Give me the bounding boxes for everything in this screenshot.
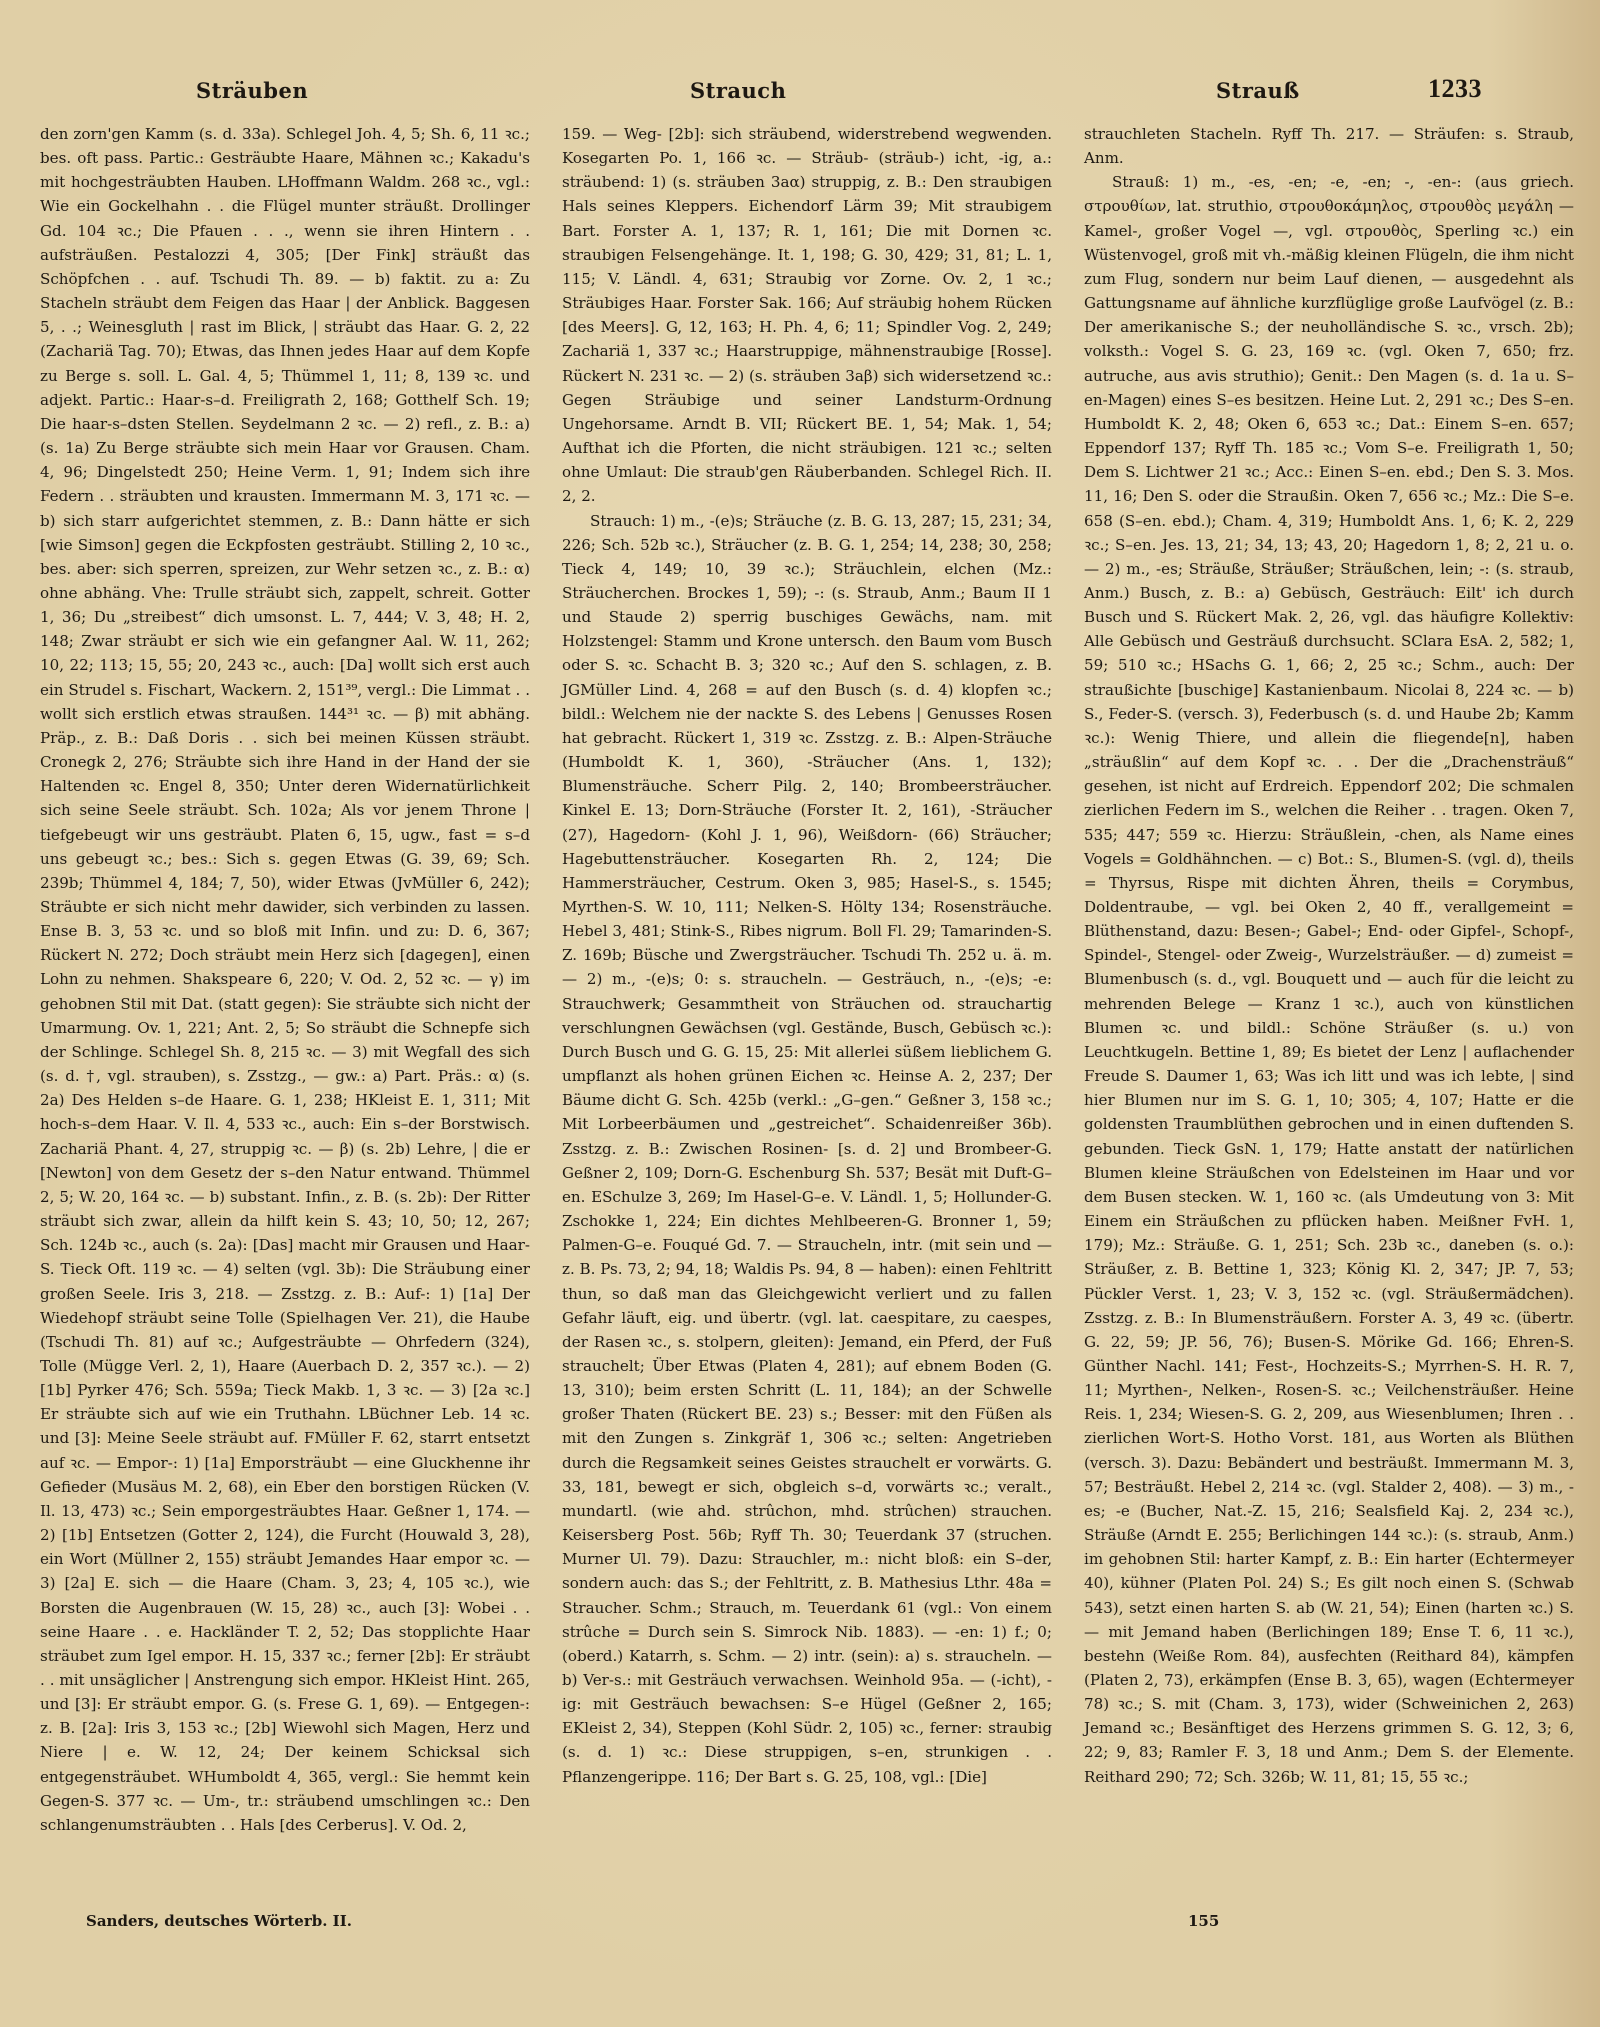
- entry-strauch: Strauch: 1) m., -(e)s; Sträuche (z. B. G…: [562, 509, 1052, 1789]
- column-left: den zorn'gen Kamm (s. d. 33a). Schlegel …: [40, 122, 530, 1837]
- dictionary-page: Sträuben Strauch Strauß 1233 den zorn'ge…: [0, 0, 1600, 2027]
- column-right: strauchleten Stacheln. Ryff Th. 217. — S…: [1084, 122, 1574, 1789]
- running-head-left-keyword: Sträuben: [196, 78, 308, 103]
- entry-strauss: Strauß: 1) m., -es, -en; -e, -en; -, -en…: [1084, 170, 1574, 1788]
- text-columns: den zorn'gen Kamm (s. d. 33a). Schlegel …: [40, 122, 1580, 1922]
- printer-signature: Sanders, deutsches Wörterb. II.: [86, 1912, 352, 1930]
- sheet-number: 155: [1188, 1912, 1219, 1930]
- column-middle: 159. — Weg- [2b]: sich sträubend, widers…: [562, 122, 1052, 1789]
- entry-paragraph: strauchleten Stacheln. Ryff Th. 217. — S…: [1084, 122, 1574, 170]
- page-number: 1233: [1428, 74, 1482, 104]
- running-head: Sträuben Strauch Strauß 1233: [0, 70, 1600, 110]
- running-head-center-keyword: Strauch: [690, 78, 786, 103]
- entry-paragraph: 159. — Weg- [2b]: sich sträubend, widers…: [562, 122, 1052, 509]
- page-footer: Sanders, deutsches Wörterb. II. 155: [0, 1912, 1600, 1942]
- running-head-right-keyword: Strauß: [1216, 78, 1300, 103]
- entry-paragraph: den zorn'gen Kamm (s. d. 33a). Schlegel …: [40, 122, 530, 1837]
